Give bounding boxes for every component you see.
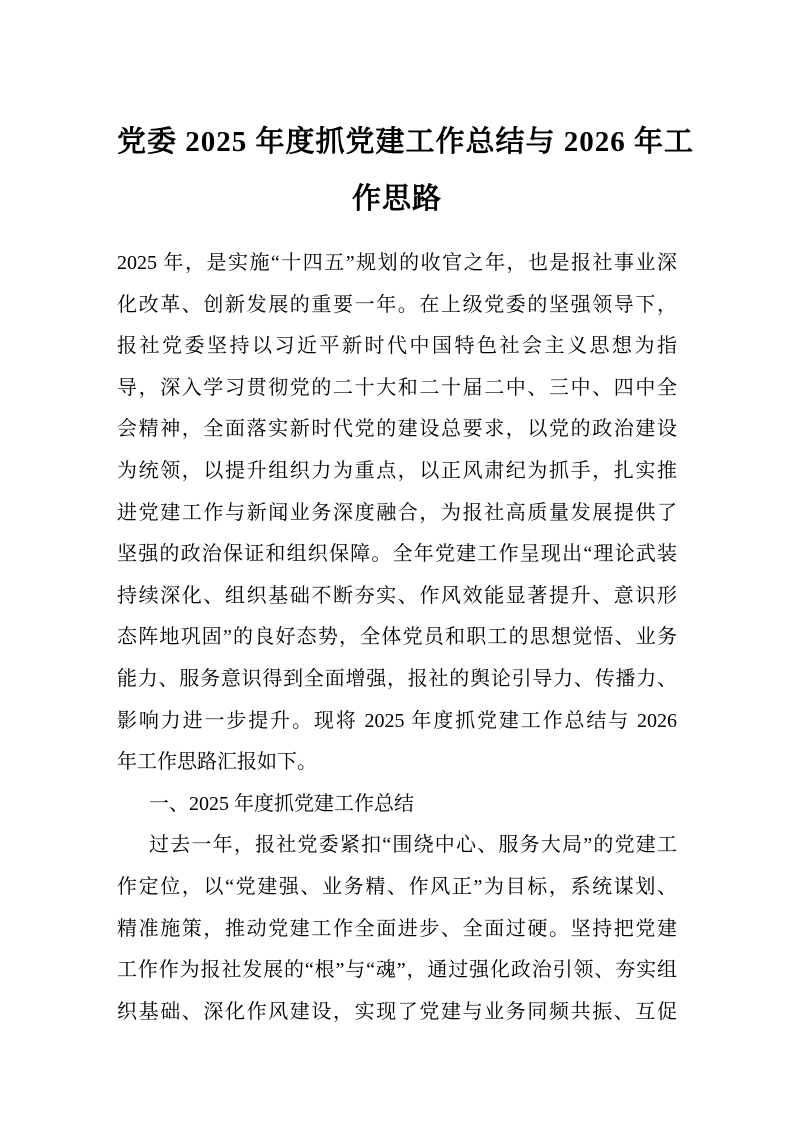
paragraph-line: 精准施策，推动党建工作全面进步、全面过硬。坚持把党建 (117, 909, 677, 951)
paragraph-line: 作定位，以“党建强、业务精、作风正”为目标，系统谋划、 (117, 867, 677, 909)
document-content: 党委 2025 年度抓党建工作总结与 2026 年工 作思路 2025 年，是实… (117, 0, 677, 1033)
paragraph-line: 坚强的政治保证和组织保障。全年党建工作呈现出“理论武装 (117, 534, 677, 576)
paragraph-line: 态阵地巩固”的良好态势，全体党员和职工的思想觉悟、业务 (117, 617, 677, 659)
title-line: 党委 2025 年度抓党建工作总结与 2026 年工 (117, 114, 677, 171)
paragraph-line: 织基础、深化作风建设，实现了党建与业务同频共振、互促 (117, 992, 677, 1034)
paragraph-line: 2025 年，是实施“十四五”规划的收官之年，也是报社事业深 (117, 243, 677, 285)
title-line: 作思路 (117, 171, 677, 228)
document-page: 党委 2025 年度抓党建工作总结与 2026 年工 作思路 2025 年，是实… (0, 0, 793, 1122)
paragraph-line: 持续深化、组织基础不断夯实、作风效能显著提升、意识形 (117, 576, 677, 618)
paragraph-line: 过去一年，报社党委紧扣“围绕中心、服务大局”的党建工 (117, 825, 677, 867)
paragraph-line: 进党建工作与新闻业务深度融合，为报社高质量发展提供了 (117, 493, 677, 535)
document-title: 党委 2025 年度抓党建工作总结与 2026 年工 作思路 (117, 114, 677, 228)
section-1-heading: 一、2025 年度抓党建工作总结 (117, 784, 677, 826)
paragraph-line: 报社党委坚持以习近平新时代中国特色社会主义思想为指 (117, 326, 677, 368)
paragraph-line: 影响力进一步提升。现将 2025 年度抓党建工作总结与 2026 (117, 701, 677, 743)
paragraph-line: 会精神，全面落实新时代党的建设总要求，以党的政治建设 (117, 409, 677, 451)
paragraph-line: 能力、服务意识得到全面增强，报社的舆论引导力、传播力、 (117, 659, 677, 701)
paragraph-line: 化改革、创新发展的重要一年。在上级党委的坚强领导下， (117, 285, 677, 327)
heading-line: 一、2025 年度抓党建工作总结 (117, 784, 677, 826)
paragraph-line: 年工作思路汇报如下。 (117, 742, 677, 784)
paragraph-line: 导，深入学习贯彻党的二十大和二十届二中、三中、四中全 (117, 368, 677, 410)
paragraph-line: 工作作为报社发展的“根”与“魂”，通过强化政治引领、夯实组 (117, 950, 677, 992)
paragraph-line: 为统领，以提升组织力为重点，以正风肃纪为抓手，扎实推 (117, 451, 677, 493)
section-1-paragraph: 过去一年，报社党委紧扣“围绕中心、服务大局”的党建工作定位，以“党建强、业务精、… (117, 825, 677, 1033)
intro-paragraph: 2025 年，是实施“十四五”规划的收官之年，也是报社事业深化改革、创新发展的重… (117, 243, 677, 784)
document-body: 2025 年，是实施“十四五”规划的收官之年，也是报社事业深化改革、创新发展的重… (117, 243, 677, 1033)
